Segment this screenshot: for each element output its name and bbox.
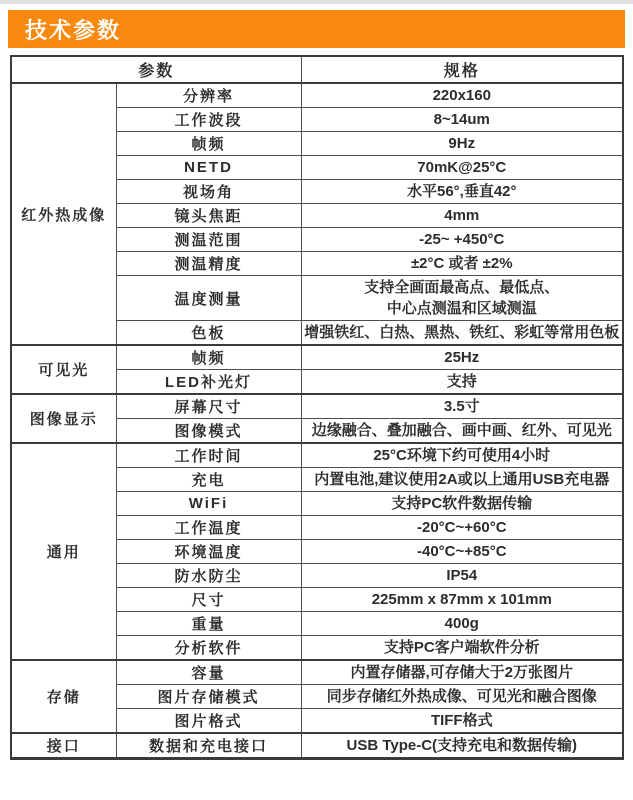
spec-value: 4mm bbox=[301, 204, 623, 228]
param-name: 温度测量 bbox=[116, 276, 301, 321]
param-name: 充电 bbox=[116, 468, 301, 492]
table-row: 通用工作时间25°C环境下约可使用4小时 bbox=[11, 443, 623, 468]
group-label: 存储 bbox=[11, 660, 116, 733]
param-name: 环境温度 bbox=[116, 540, 301, 564]
section-title: 技术参数 bbox=[25, 14, 121, 45]
spec-table-body: 红外热成像分辨率220x160工作波段8~14um帧频9HzNETD70mK@2… bbox=[11, 83, 623, 759]
param-name: 图像模式 bbox=[116, 419, 301, 444]
spec-value: ±2°C 或者 ±2% bbox=[301, 252, 623, 276]
spec-value: IP54 bbox=[301, 564, 623, 588]
spec-value: -40°C~+85°C bbox=[301, 540, 623, 564]
spec-value: 支持全画面最高点、最低点、 中心点测温和区域测温 bbox=[301, 276, 623, 321]
param-name: 视场角 bbox=[116, 180, 301, 204]
param-name: 图片格式 bbox=[116, 709, 301, 734]
table-row: 图像显示屏幕尺寸3.5寸 bbox=[11, 394, 623, 419]
param-name: 镜头焦距 bbox=[116, 204, 301, 228]
table-row: 红外热成像分辨率220x160 bbox=[11, 83, 623, 108]
spec-value: 边缘融合、叠加融合、画中画、红外、可见光 bbox=[301, 419, 623, 444]
param-name: 测温范围 bbox=[116, 228, 301, 252]
param-name: 图片存储模式 bbox=[116, 685, 301, 709]
param-name: NETD bbox=[116, 156, 301, 180]
param-name: WiFi bbox=[116, 492, 301, 516]
spec-table: 参数 规格 红外热成像分辨率220x160工作波段8~14um帧频9HzNETD… bbox=[10, 55, 624, 760]
spec-value: 内置电池,建议使用2A或以上通用USB充电器 bbox=[301, 468, 623, 492]
section-banner: 技术参数 bbox=[8, 10, 625, 48]
spec-value: USB Type-C(支持充电和数据传输) bbox=[301, 733, 623, 759]
param-name: 尺寸 bbox=[116, 588, 301, 612]
param-name: 帧频 bbox=[116, 132, 301, 156]
param-name: 屏幕尺寸 bbox=[116, 394, 301, 419]
param-name: 工作温度 bbox=[116, 516, 301, 540]
group-label: 图像显示 bbox=[11, 394, 116, 443]
param-name: 重量 bbox=[116, 612, 301, 636]
group-label: 可见光 bbox=[11, 345, 116, 394]
spec-value: 增强铁红、白热、黑热、铁红、彩虹等常用色板 bbox=[301, 321, 623, 346]
group-label: 红外热成像 bbox=[11, 83, 116, 345]
param-name: 工作时间 bbox=[116, 443, 301, 468]
spec-value: 支持PC客户端软件分析 bbox=[301, 636, 623, 661]
spec-value: 支持 bbox=[301, 370, 623, 395]
table-header-row: 参数 规格 bbox=[11, 56, 623, 83]
param-name: 测温精度 bbox=[116, 252, 301, 276]
spec-value: -20°C~+60°C bbox=[301, 516, 623, 540]
spec-value: 225mm x 87mm x 101mm bbox=[301, 588, 623, 612]
spec-value: 水平56°,垂直42° bbox=[301, 180, 623, 204]
spec-value: 内置存储器,可存储大于2万张图片 bbox=[301, 660, 623, 685]
column-header-param: 参数 bbox=[11, 56, 301, 83]
table-row: 可见光帧频25Hz bbox=[11, 345, 623, 370]
spec-value: 25Hz bbox=[301, 345, 623, 370]
param-name: 分析软件 bbox=[116, 636, 301, 661]
param-name: 色板 bbox=[116, 321, 301, 346]
param-name: 防水防尘 bbox=[116, 564, 301, 588]
param-name: 容量 bbox=[116, 660, 301, 685]
group-label: 接口 bbox=[11, 733, 116, 759]
table-row: 接口数据和充电接口USB Type-C(支持充电和数据传输) bbox=[11, 733, 623, 759]
param-name: 工作波段 bbox=[116, 108, 301, 132]
spec-value: 400g bbox=[301, 612, 623, 636]
spec-value: 9Hz bbox=[301, 132, 623, 156]
table-row: 存储容量内置存储器,可存储大于2万张图片 bbox=[11, 660, 623, 685]
spec-value: 同步存储红外热成像、可见光和融合图像 bbox=[301, 685, 623, 709]
param-name: 分辨率 bbox=[116, 83, 301, 108]
param-name: LED补光灯 bbox=[116, 370, 301, 395]
spec-value: 支持PC软件数据传输 bbox=[301, 492, 623, 516]
spec-value: 25°C环境下约可使用4小时 bbox=[301, 443, 623, 468]
spec-value: 70mK@25°C bbox=[301, 156, 623, 180]
spec-value: -25~ +450°C bbox=[301, 228, 623, 252]
spec-value: TIFF格式 bbox=[301, 709, 623, 734]
param-name: 数据和充电接口 bbox=[116, 733, 301, 759]
page-top-strip bbox=[0, 0, 633, 4]
spec-value: 3.5寸 bbox=[301, 394, 623, 419]
group-label: 通用 bbox=[11, 443, 116, 660]
spec-value: 8~14um bbox=[301, 108, 623, 132]
param-name: 帧频 bbox=[116, 345, 301, 370]
column-header-spec: 规格 bbox=[301, 56, 623, 83]
spec-value: 220x160 bbox=[301, 83, 623, 108]
